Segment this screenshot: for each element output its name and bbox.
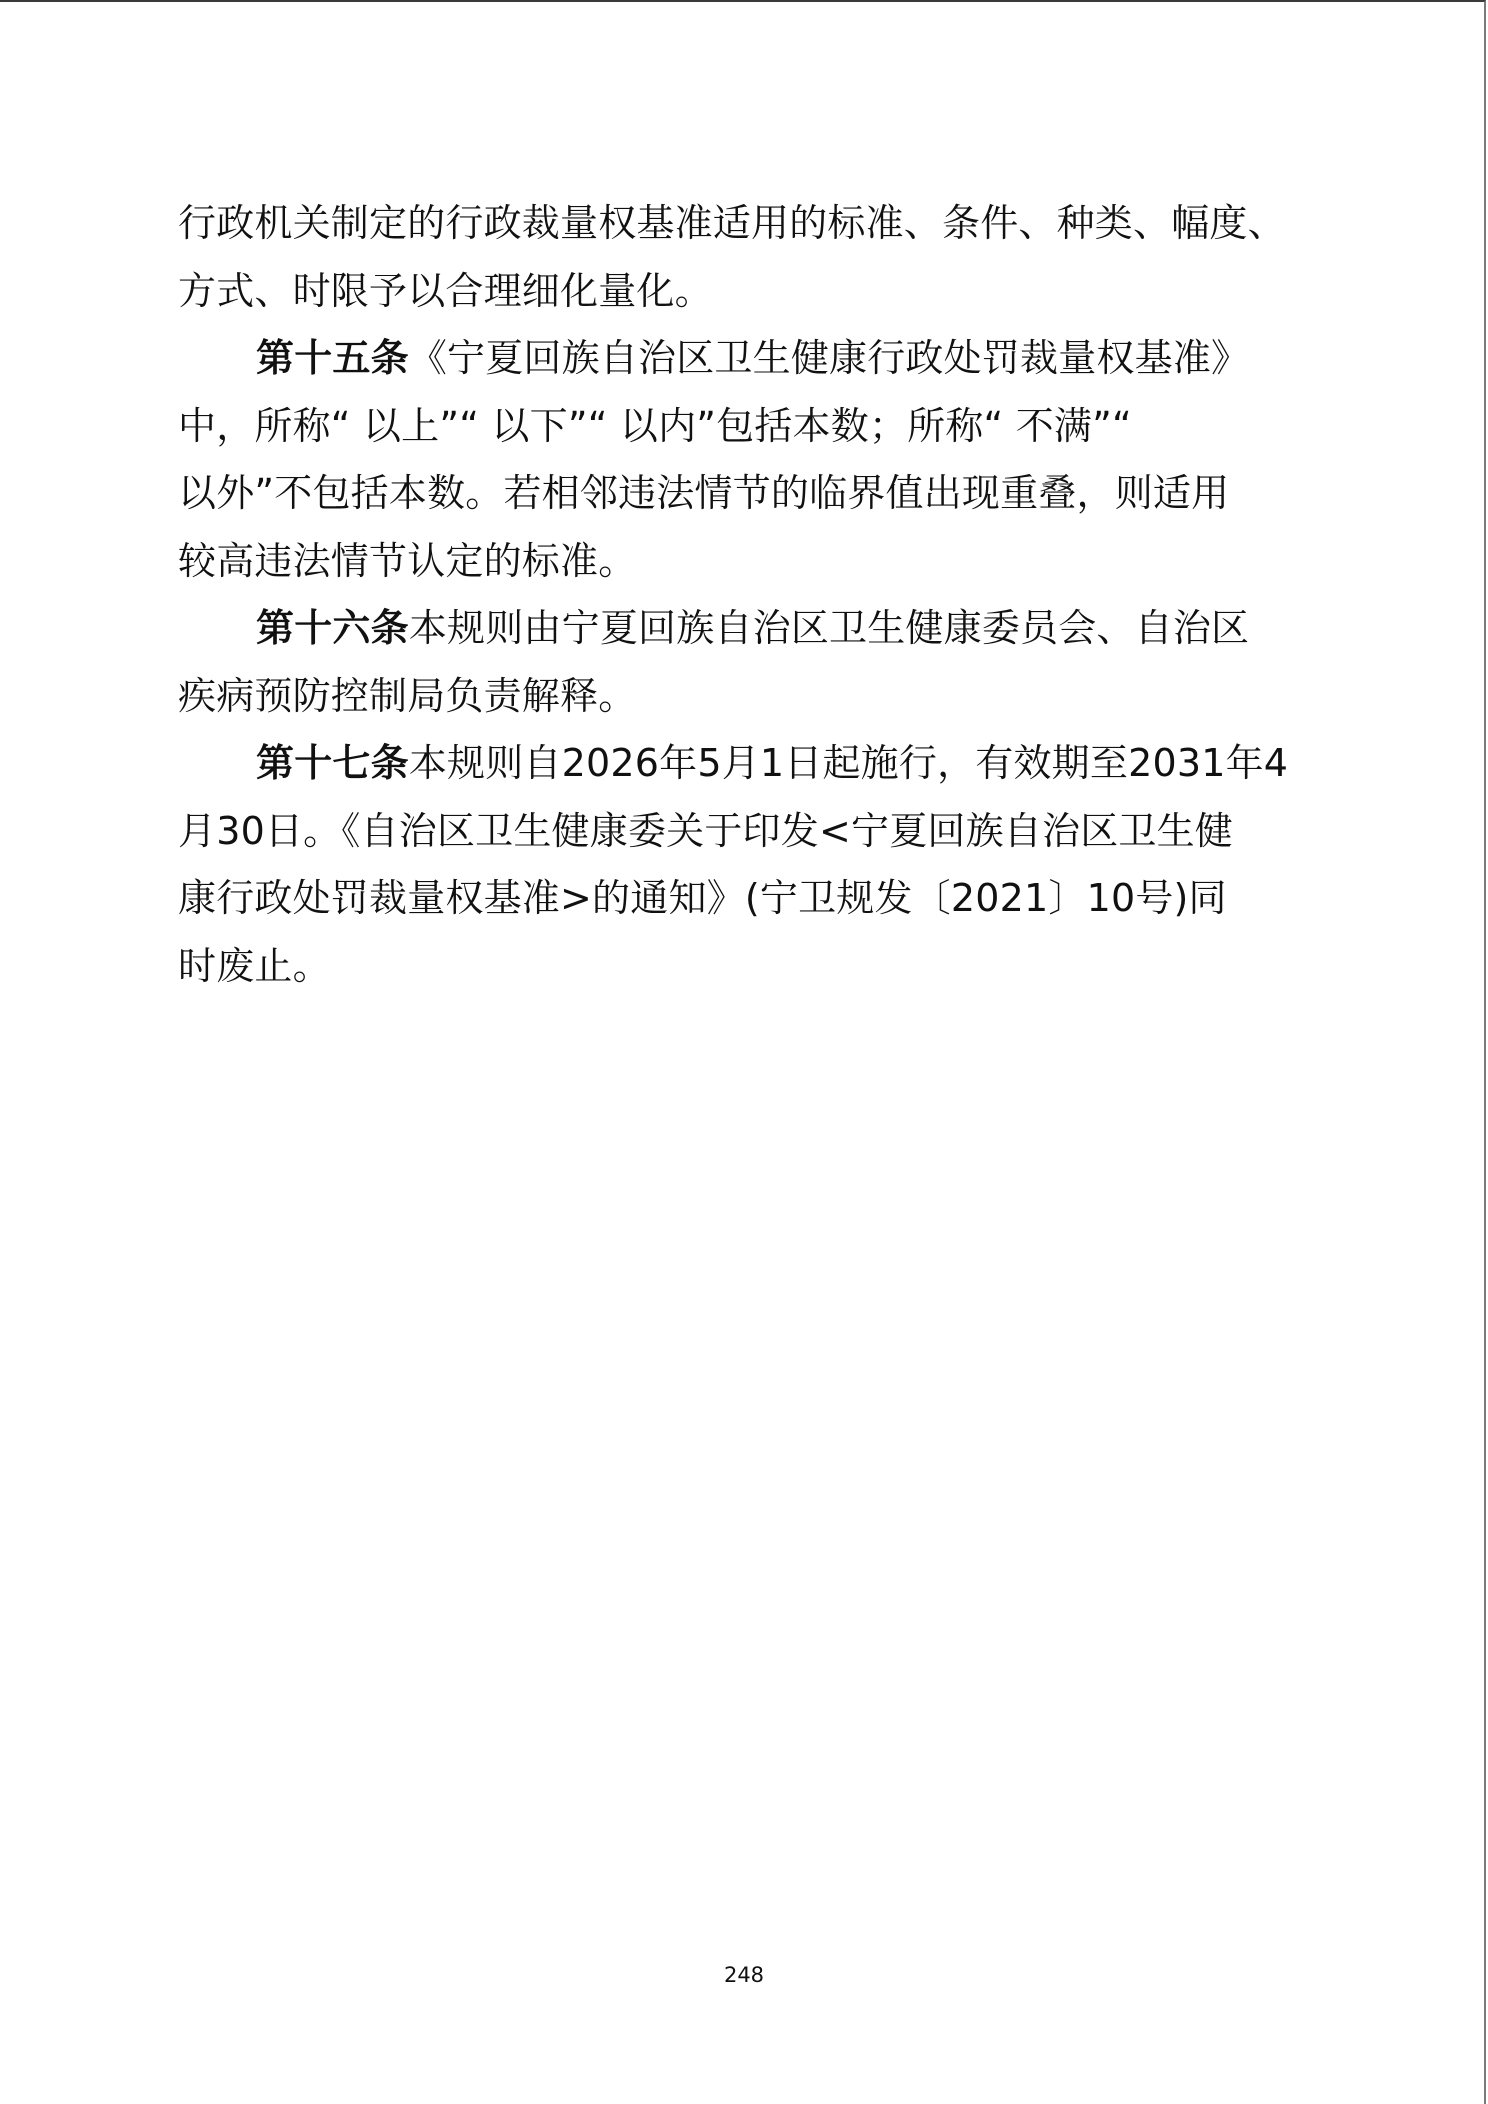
text-line: 较高违法情节认定的标准。 [178, 528, 1298, 596]
article-text: 本规则由宁夏回族自治区卫生健康委员会、自治区 [409, 606, 1249, 650]
text-line: 康行政处罚裁量权基准>的通知》(宁卫规发〔2021〕10号)同 [178, 865, 1298, 933]
text-line: 中，所称“ 以上”“ 以下”“ 以内”包括本数；所称“ 不满”“ [178, 393, 1298, 461]
document-page: 行政机关制定的行政裁量权基准适用的标准、条件、种类、幅度、 方式、时限予以合理细… [0, 0, 1486, 2104]
article-heading: 第十五条 [256, 336, 409, 380]
article-heading: 第十七条 [256, 741, 409, 785]
article-text: 本规则自2026年5月1日起施行，有效期至2031年4 [409, 741, 1288, 785]
article-16: 第十六条本规则由宁夏回族自治区卫生健康委员会、自治区 疾病预防控制局负责解释。 [178, 595, 1298, 730]
text-line: 行政机关制定的行政裁量权基准适用的标准、条件、种类、幅度、 [178, 190, 1298, 258]
article-text: 《宁夏回族自治区卫生健康行政处罚裁量权基准》 [409, 336, 1249, 380]
text-line: 时废止。 [178, 933, 1298, 1001]
article-15: 第十五条《宁夏回族自治区卫生健康行政处罚裁量权基准》 中，所称“ 以上”“ 以下… [178, 325, 1298, 595]
text-line: 第十五条《宁夏回族自治区卫生健康行政处罚裁量权基准》 [178, 325, 1298, 393]
page-number: 248 [0, 1963, 1488, 1987]
document-body: 行政机关制定的行政裁量权基准适用的标准、条件、种类、幅度、 方式、时限予以合理细… [178, 190, 1298, 1000]
text-line: 月30日。《自治区卫生健康委关于印发<宁夏回族自治区卫生健 [178, 798, 1298, 866]
text-line: 第十七条本规则自2026年5月1日起施行，有效期至2031年4 [178, 730, 1298, 798]
text-line: 疾病预防控制局负责解释。 [178, 663, 1298, 731]
text-line: 以外”不包括本数。若相邻违法情节的临界值出现重叠，则适用 [178, 460, 1298, 528]
paragraph-continuation: 行政机关制定的行政裁量权基准适用的标准、条件、种类、幅度、 方式、时限予以合理细… [178, 190, 1298, 325]
article-heading: 第十六条 [256, 606, 409, 650]
article-17: 第十七条本规则自2026年5月1日起施行，有效期至2031年4 月30日。《自治… [178, 730, 1298, 1000]
text-line: 第十六条本规则由宁夏回族自治区卫生健康委员会、自治区 [178, 595, 1298, 663]
text-line: 方式、时限予以合理细化量化。 [178, 258, 1298, 326]
